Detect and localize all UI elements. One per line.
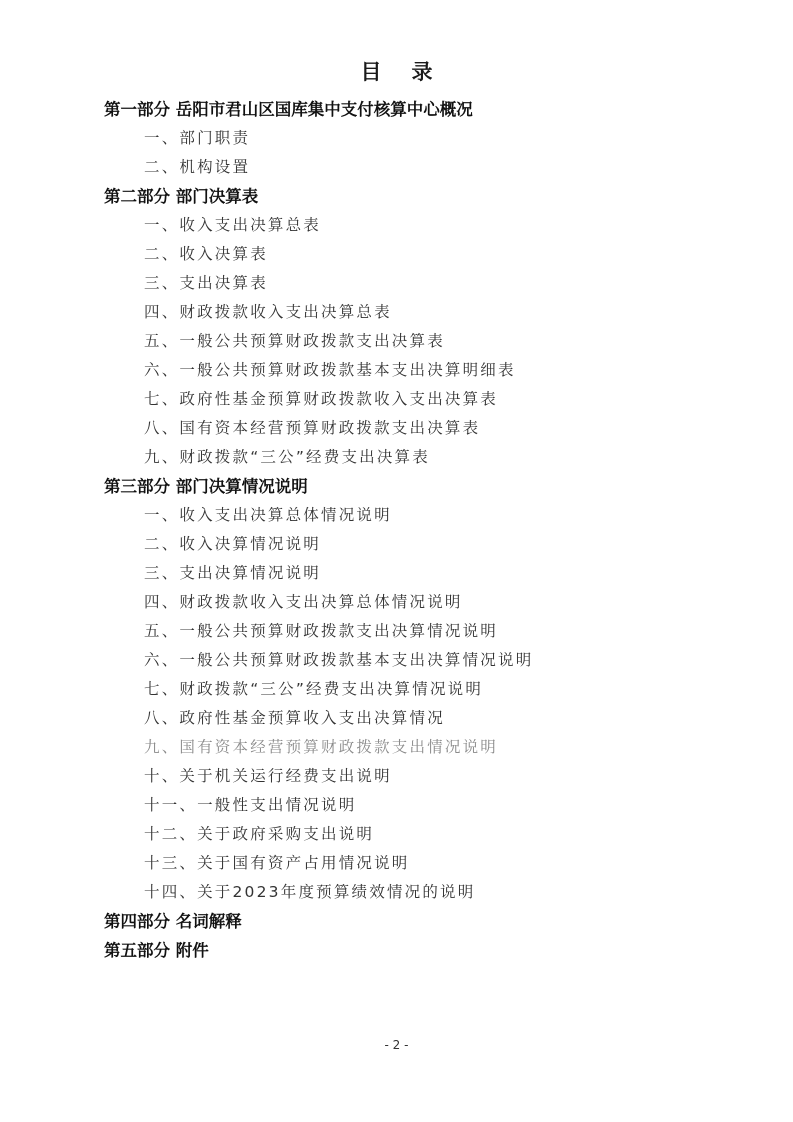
toc-item[interactable]: 三、支出决算表 — [104, 269, 704, 298]
toc-item[interactable]: 十、关于机关运行经费支出说明 — [104, 762, 704, 791]
toc-item[interactable]: 四、财政拨款收入支出决算总表 — [104, 298, 704, 327]
toc-item[interactable]: 二、收入决算表 — [104, 240, 704, 269]
toc-item[interactable]: 九、国有资本经营预算财政拨款支出情况说明 — [104, 733, 704, 762]
toc-item[interactable]: 六、一般公共预算财政拨款基本支出决算情况说明 — [104, 646, 704, 675]
toc-item[interactable]: 五、一般公共预算财政拨款支出决算表 — [104, 327, 704, 356]
toc-part-3[interactable]: 第三部分 部门决算情况说明 — [104, 472, 704, 501]
toc-item[interactable]: 九、财政拨款“三公”经费支出决算表 — [104, 443, 704, 472]
toc-item[interactable]: 六、一般公共预算财政拨款基本支出决算明细表 — [104, 356, 704, 385]
toc-item[interactable]: 七、财政拨款“三公”经费支出决算情况说明 — [104, 675, 704, 704]
toc-part-1[interactable]: 第一部分 岳阳市君山区国库集中支付核算中心概况 — [104, 95, 704, 124]
toc-item[interactable]: 一、收入支出决算总表 — [104, 211, 704, 240]
toc-part-5[interactable]: 第五部分 附件 — [104, 936, 704, 965]
toc-item[interactable]: 十二、关于政府采购支出说明 — [104, 820, 704, 849]
toc-item[interactable]: 五、一般公共预算财政拨款支出决算情况说明 — [104, 617, 704, 646]
toc-item[interactable]: 十四、关于2023年度预算绩效情况的说明 — [104, 878, 704, 907]
toc-part-4[interactable]: 第四部分 名词解释 — [104, 907, 704, 936]
toc-item[interactable]: 二、收入决算情况说明 — [104, 530, 704, 559]
toc-item[interactable]: 三、支出决算情况说明 — [104, 559, 704, 588]
toc-item[interactable]: 一、部门职责 — [104, 124, 704, 153]
toc-item[interactable]: 八、国有资本经营预算财政拨款支出决算表 — [104, 414, 704, 443]
table-of-contents: 第一部分 岳阳市君山区国库集中支付核算中心概况 一、部门职责 二、机构设置 第二… — [104, 95, 704, 965]
page-number: - 2 - — [0, 1038, 793, 1052]
page-title: 目录 — [0, 56, 793, 86]
toc-item[interactable]: 四、财政拨款收入支出决算总体情况说明 — [104, 588, 704, 617]
toc-item[interactable]: 八、政府性基金预算收入支出决算情况 — [104, 704, 704, 733]
toc-item[interactable]: 七、政府性基金预算财政拨款收入支出决算表 — [104, 385, 704, 414]
toc-part-2[interactable]: 第二部分 部门决算表 — [104, 182, 704, 211]
toc-item[interactable]: 一、收入支出决算总体情况说明 — [104, 501, 704, 530]
toc-item[interactable]: 二、机构设置 — [104, 153, 704, 182]
toc-item[interactable]: 十一、一般性支出情况说明 — [104, 791, 704, 820]
toc-item[interactable]: 十三、关于国有资产占用情况说明 — [104, 849, 704, 878]
